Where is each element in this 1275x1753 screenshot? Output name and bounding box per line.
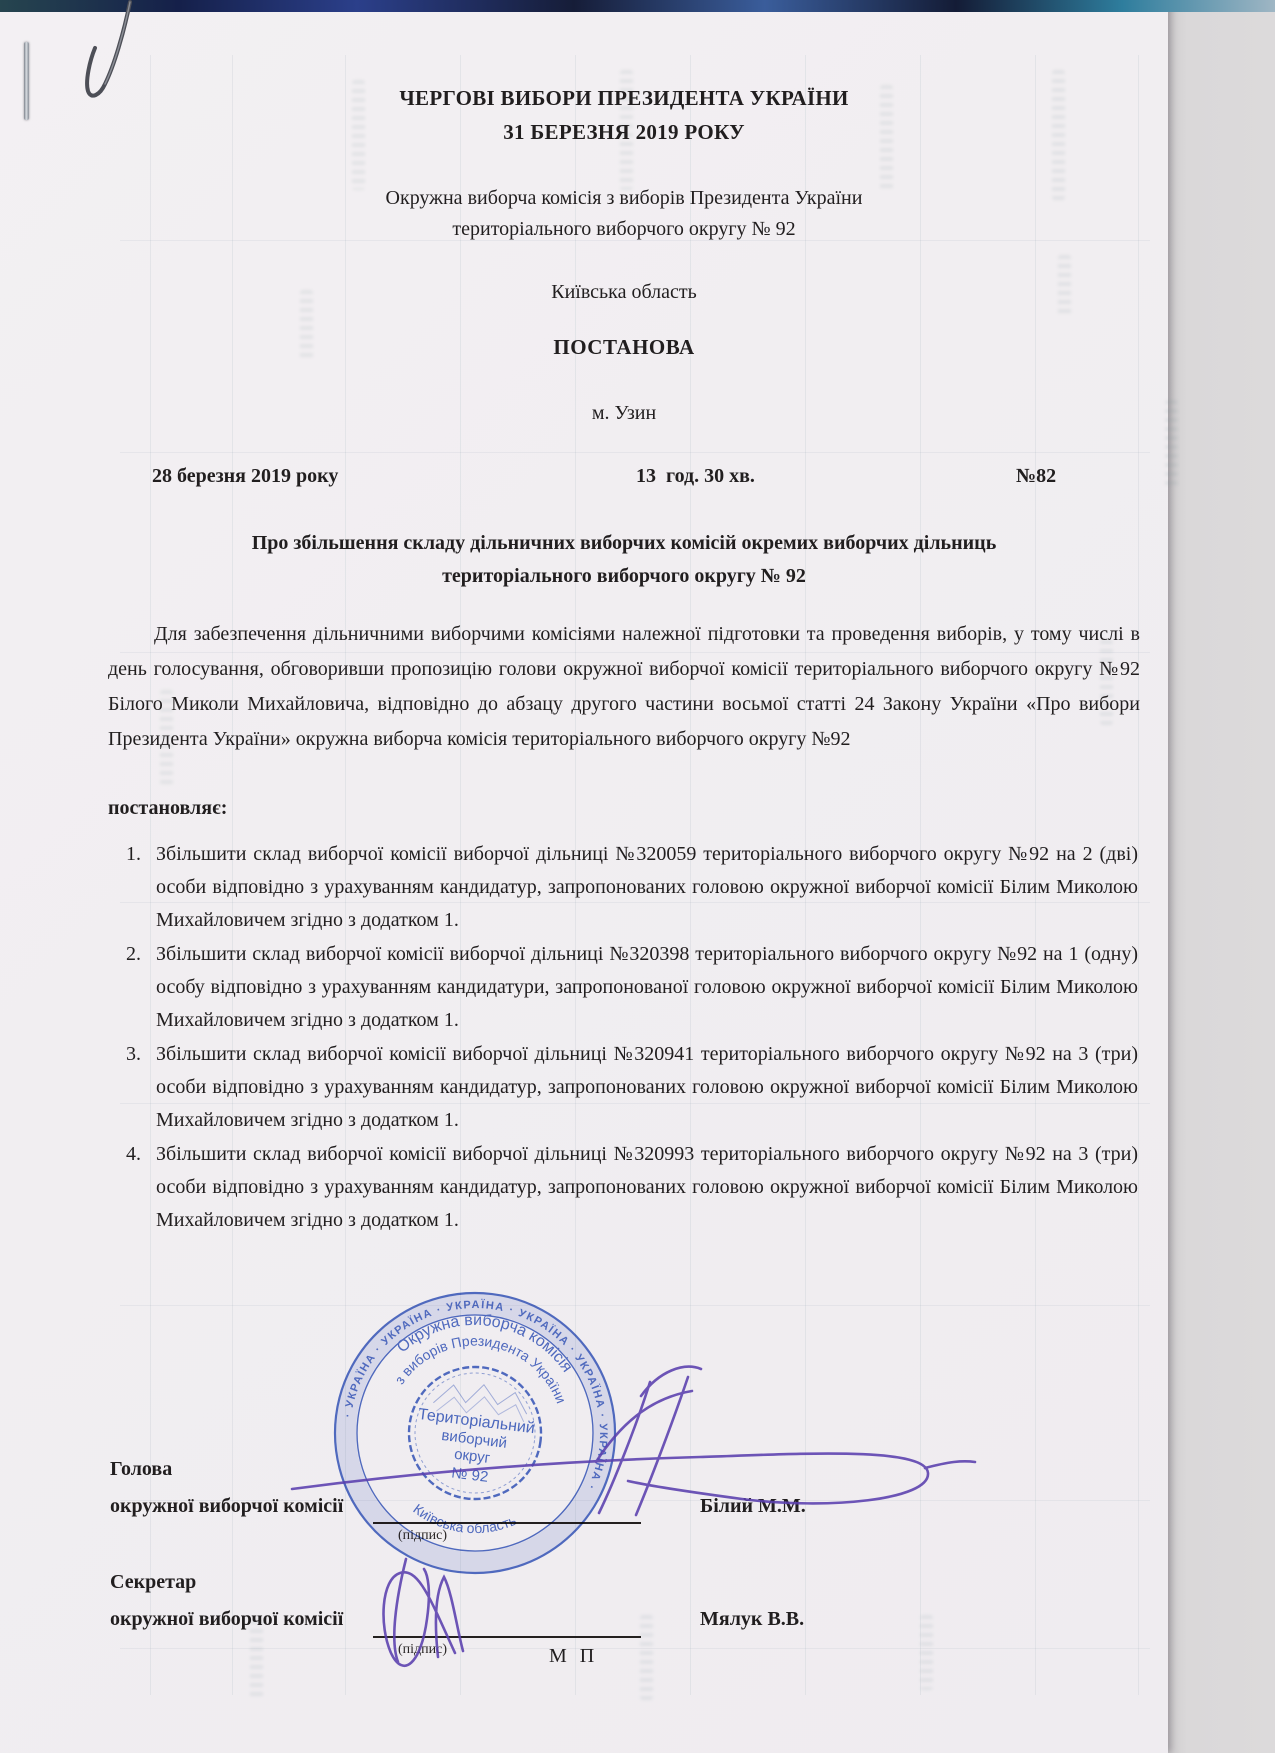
stamp-center-line3: округ: [453, 1446, 491, 1467]
secretary-role-line2: окружної виборчої комісії: [110, 1608, 343, 1631]
stamp-center-line4: № 92: [450, 1464, 489, 1485]
scanner-background: [1168, 0, 1275, 1753]
head-role-line2: окружної виборчої комісії: [110, 1495, 343, 1518]
secretary-signature-hint: (підпис): [398, 1642, 447, 1658]
scanner-edge: [0, 0, 1275, 12]
secretary-signature-line: [373, 1636, 641, 1638]
head-name: Білий М.М.: [700, 1495, 806, 1518]
document-page: ЧЕРГОВІ ВИБОРИ ПРЕЗИДЕНТА УКРАЇНИ 31 БЕР…: [0, 0, 1168, 1753]
secretary-role-line1: Секретар: [110, 1571, 196, 1594]
head-role-line1: Голова: [110, 1458, 172, 1481]
staple: [24, 42, 29, 120]
stamp-arc-text-bottom: Київська область: [408, 1500, 520, 1543]
svg-text:Київська область: Київська область: [408, 1500, 520, 1543]
secretary-name: Мялук В.В.: [700, 1608, 804, 1631]
seal-placement-mark: М П: [549, 1645, 598, 1668]
official-round-stamp: · УКРАЇНА · УКРАЇНА · УКРАЇНА · УКРАЇНА …: [330, 1288, 620, 1578]
paperclip: [70, 0, 160, 130]
